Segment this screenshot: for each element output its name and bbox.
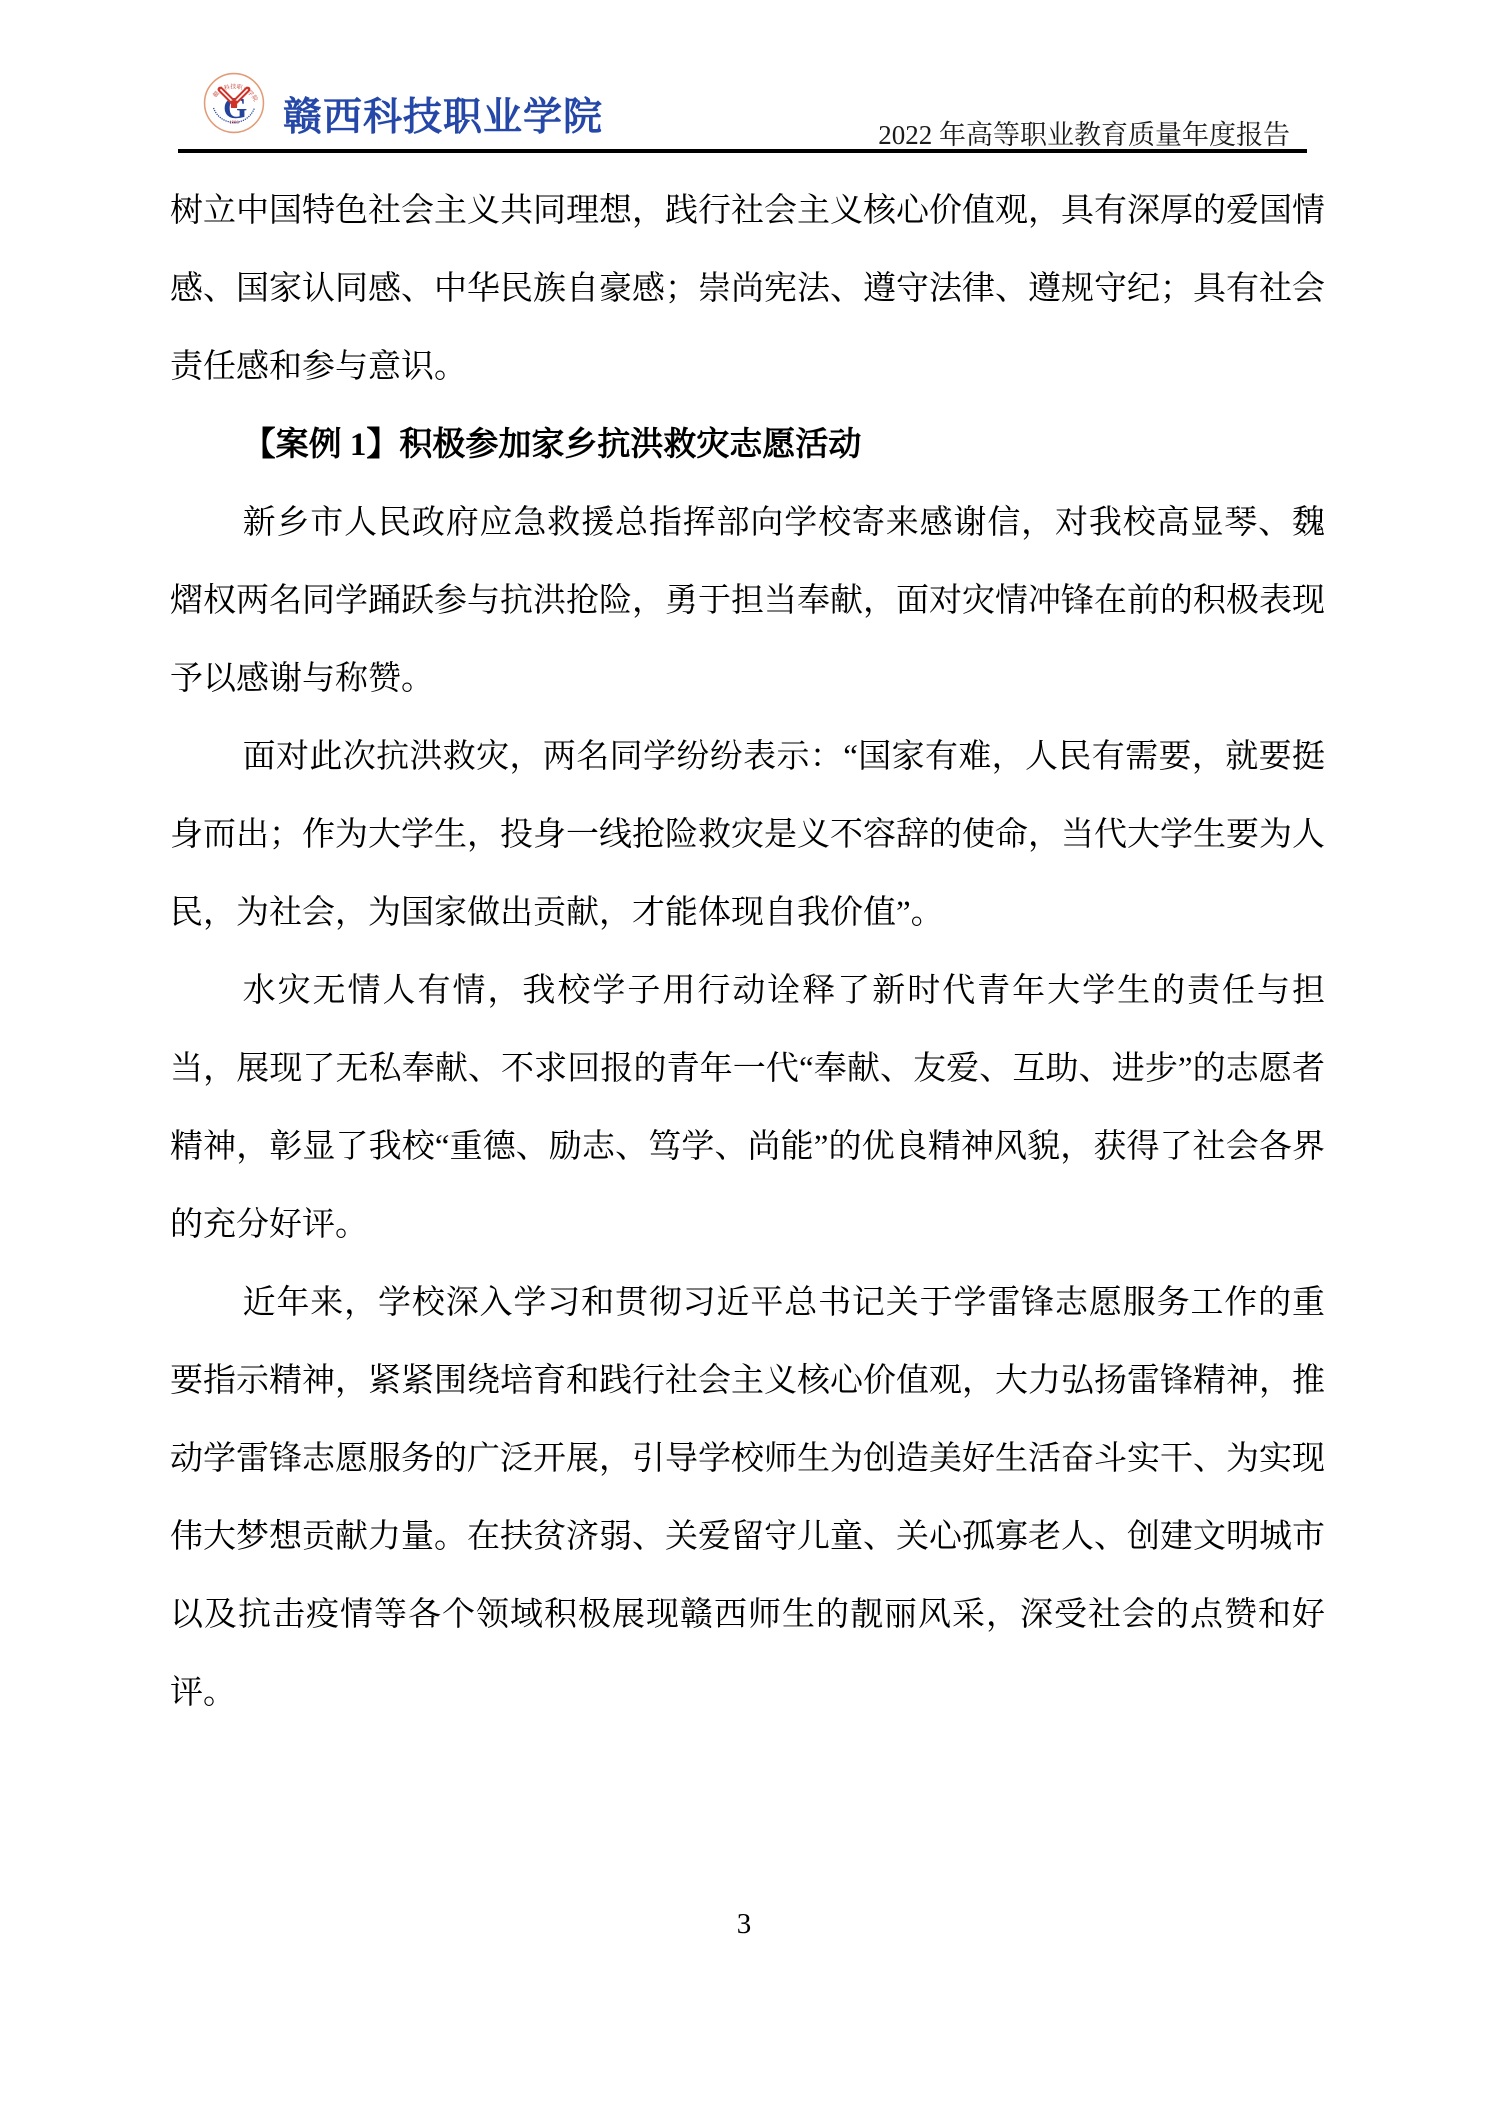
- case-title: 积极参加家乡抗洪救灾志愿活动: [399, 427, 861, 463]
- case-heading: 【案例 1】积极参加家乡抗洪救灾志愿活动: [170, 406, 1325, 484]
- college-logo: 赣西科技职业学院 G 1986: [203, 70, 265, 136]
- document-page: 赣西科技职业学院 G 1986 赣西科技职业学院 2022 年高等职业教育质量年…: [0, 0, 1488, 2105]
- case-paragraph-1: 新乡市人民政府应急救援总指挥部向学校寄来感谢信，对我校高显琴、魏熠权两名同学踊跃…: [170, 484, 1325, 718]
- college-name: 赣西科技职业学院: [283, 86, 603, 142]
- case-label: 【案例 1】: [243, 427, 400, 463]
- case-paragraph-2: 面对此次抗洪救灾，两名同学纷纷表示：“国家有难，人民有需要，就要挺身而出；作为大…: [170, 718, 1325, 952]
- case-paragraph-4: 近年来，学校深入学习和贯彻习近平总书记关于学雷锋志愿服务工作的重要指示精神，紧紧…: [170, 1264, 1325, 1732]
- report-title: 2022 年高等职业教育质量年度报告: [878, 113, 1290, 152]
- document-body: 树立中国特色社会主义共同理想，践行社会主义核心价值观，具有深厚的爱国情感、国家认…: [170, 172, 1325, 1732]
- page-number: 3: [737, 1908, 752, 1941]
- case-paragraph-3: 水灾无情人有情，我校学子用行动诠释了新时代青年大学生的责任与担当，展现了无私奉献…: [170, 952, 1325, 1264]
- header-rule: [178, 149, 1307, 153]
- paragraph-continuation: 树立中国特色社会主义共同理想，践行社会主义核心价值观，具有深厚的爱国情感、国家认…: [170, 172, 1325, 406]
- logo-ribbon-knot: [231, 101, 237, 108]
- page-footer: 3: [0, 1908, 1488, 1941]
